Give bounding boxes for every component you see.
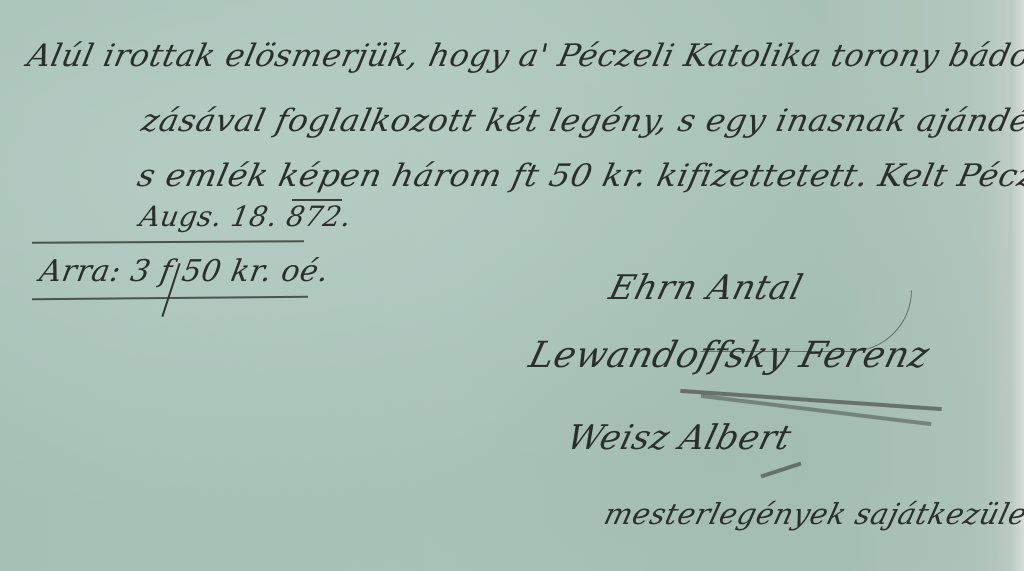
amount-line: Arra: 3 f 50 kr. oé. bbox=[37, 254, 332, 289]
signature-lewandoffsky-ferenz: Lewandoffsky Ferenz bbox=[525, 335, 934, 376]
body-line-2: zásával foglalkozott két legény, s egy i… bbox=[138, 103, 1024, 139]
body-line-1: Alúl irottak elösmerjük, hogy a' Péczeli… bbox=[24, 38, 1024, 74]
signature-caption: mesterlegények sajátkezüleg. bbox=[601, 497, 1024, 531]
body-line-3: s emlék képen három ft 50 kr. kifizettet… bbox=[134, 158, 1024, 194]
date-line: Augs. 18. 872. bbox=[137, 200, 354, 233]
signature-weisz-albert: Weisz Albert bbox=[563, 418, 796, 458]
page-edge bbox=[1010, 0, 1024, 571]
year-overline bbox=[292, 199, 342, 201]
